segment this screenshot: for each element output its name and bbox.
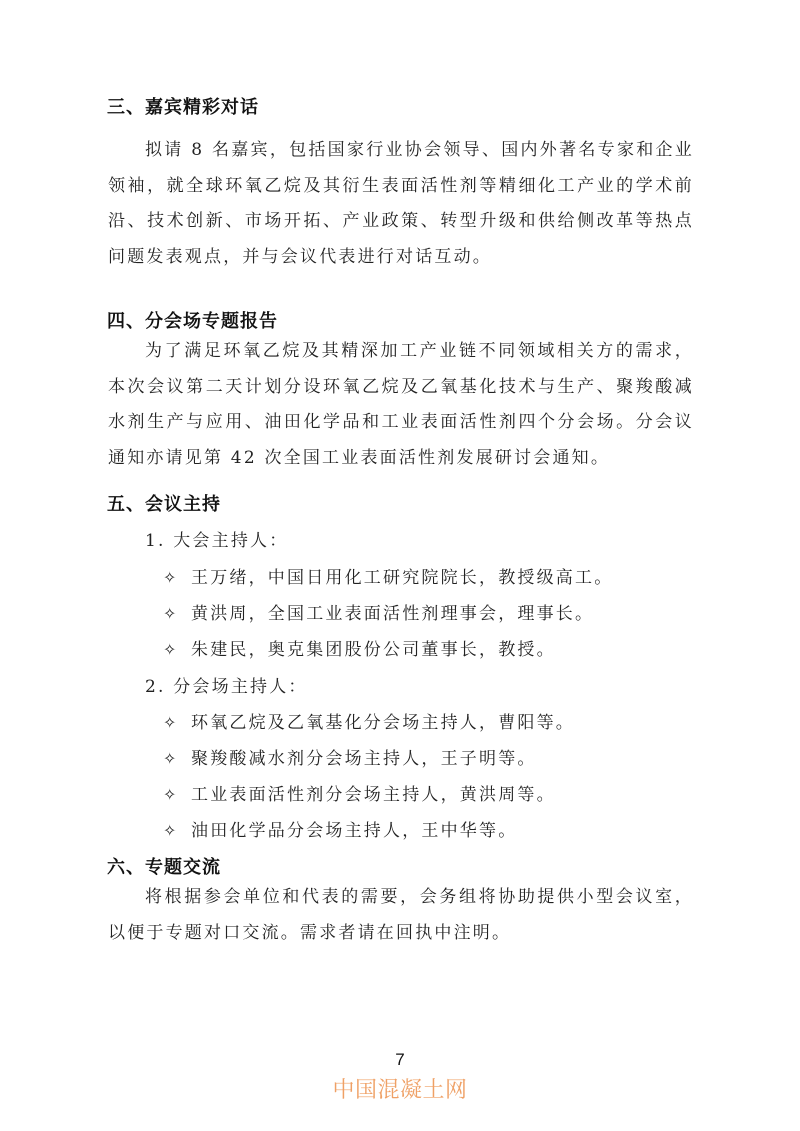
section-heading-topic-exchange: 六、专题交流 xyxy=(107,857,221,879)
diamond-bullet-icon: ✧ xyxy=(163,603,185,625)
document-page: 三、嘉宾精彩对话 拟请 8 名嘉宾，包括国家行业协会领导、国内外著名专家和企业领… xyxy=(0,0,800,1131)
diamond-bullet-icon: ✧ xyxy=(163,820,185,842)
section-heading-hosts: 五、会议主持 xyxy=(107,494,221,516)
watermark-logo-text: 中国混凝土网 xyxy=(0,1073,800,1104)
section-heading-breakout-reports: 四、分会场专题报告 xyxy=(107,311,278,333)
list-item: ✧王万绪，中国日用化工研究院院长，教授级高工。 xyxy=(163,567,613,589)
group-label-breakout-hosts: 2. 分会场主持人： xyxy=(145,676,308,698)
list-item: ✧环氧乙烷及乙氧基化分会场主持人，曹阳等。 xyxy=(163,712,575,734)
list-item-text: 黄洪周，全国工业表面活性剂理事会，理事长。 xyxy=(191,604,594,624)
list-item-text: 环氧乙烷及乙氧基化分会场主持人，曹阳等。 xyxy=(191,713,575,733)
diamond-bullet-icon: ✧ xyxy=(163,748,185,770)
list-item-text: 朱建民，奥克集团股份公司董事长，教授。 xyxy=(191,640,556,660)
list-item: ✧油田化学品分会场主持人，王中华等。 xyxy=(163,820,517,842)
section-paragraph-guest-dialogue: 拟请 8 名嘉宾，包括国家行业协会领导、国内外著名专家和企业领袖，就全球环氧乙烷… xyxy=(108,133,694,275)
diamond-bullet-icon: ✧ xyxy=(163,784,185,806)
group-label-main-hosts: 1. 大会主持人： xyxy=(145,530,288,552)
list-item: ✧朱建民，奥克集团股份公司董事长，教授。 xyxy=(163,639,556,661)
diamond-bullet-icon: ✧ xyxy=(163,639,185,661)
section-heading-guest-dialogue: 三、嘉宾精彩对话 xyxy=(107,97,259,119)
list-item: ✧黄洪周，全国工业表面活性剂理事会，理事长。 xyxy=(163,603,594,625)
list-item: ✧工业表面活性剂分会场主持人，黄洪周等。 xyxy=(163,784,556,806)
list-item-text: 王万绪，中国日用化工研究院院长，教授级高工。 xyxy=(191,568,613,588)
list-item-text: 工业表面活性剂分会场主持人，黄洪周等。 xyxy=(191,785,556,805)
section-paragraph-topic-exchange: 将根据参会单位和代表的需要，会务组将协助提供小型会议室，以便于专题对口交流。需求… xyxy=(108,880,694,951)
diamond-bullet-icon: ✧ xyxy=(163,567,185,589)
list-item-text: 聚羧酸减水剂分会场主持人，王子明等。 xyxy=(191,749,537,769)
list-item-text: 油田化学品分会场主持人，王中华等。 xyxy=(191,821,517,841)
list-item: ✧聚羧酸减水剂分会场主持人，王子明等。 xyxy=(163,748,537,770)
diamond-bullet-icon: ✧ xyxy=(163,712,185,734)
page-number: 7 xyxy=(0,1050,800,1070)
section-paragraph-breakout-reports: 为了满足环氧乙烷及其精深加工产业链不同领域相关方的需求，本次会议第二天计划分设环… xyxy=(108,334,694,476)
